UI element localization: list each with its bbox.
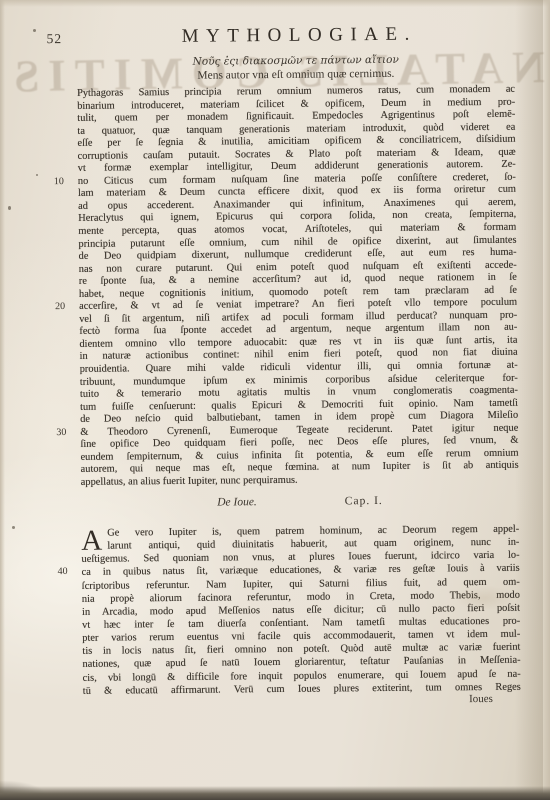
margin-line-number: 40 xyxy=(58,566,78,577)
ink-speck xyxy=(33,29,36,32)
chapter-heading-number: Cap. I. xyxy=(345,495,383,507)
chapter-heading-title: De Ioue. xyxy=(217,496,257,508)
drop-cap: A xyxy=(81,528,102,554)
paragraph-one: 10 20 30 Pythagoras Samius principia rer… xyxy=(77,84,519,490)
ink-speck xyxy=(36,174,38,176)
page-number: 52 xyxy=(46,31,62,47)
running-title: MYTHOLOGIAE. xyxy=(76,23,514,49)
ink-speck xyxy=(8,206,11,210)
paper-stain xyxy=(455,585,515,611)
page-content: 52 MYTHOLOGIAE. Νοῦς ἐςι διακοσμῶν τε πά… xyxy=(0,0,550,800)
paragraph-two: A 40 Ge vero Iupiter is, quem patrem hom… xyxy=(81,523,521,698)
margin-line-number: 30 xyxy=(56,427,76,438)
chapter-heading: De Ioue. Cap. I. xyxy=(81,494,519,510)
margin-line-number: 20 xyxy=(55,301,75,312)
latin-epigraph: Mens autor vna eſt omnium quæ cernimus. xyxy=(77,67,515,83)
page-edge-top xyxy=(0,0,550,7)
margin-line-number: 10 xyxy=(54,176,74,187)
page-edge-left xyxy=(0,0,5,800)
ink-speck xyxy=(12,526,15,529)
page-edge-right xyxy=(543,0,550,800)
page-edge-bottom xyxy=(0,786,550,800)
scanned-book-page: NATALIS COMITIS 52 MYTHOLOGIAE. Νοῦς ἐςι… xyxy=(0,0,550,800)
page-curve-shadow xyxy=(515,0,543,800)
